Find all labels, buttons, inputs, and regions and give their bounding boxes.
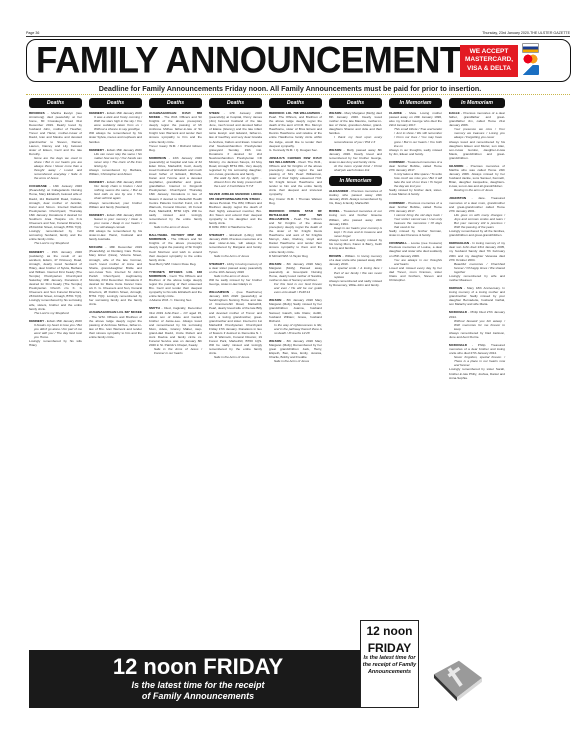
notice-entry: WILSON - Molly passed away 8th January 2… — [329, 148, 382, 172]
column-3: Deaths AUGHNAGURGAN R.B.P. 658 MCKEE - T… — [149, 98, 202, 359]
promo-headline-1: 12 noon — [361, 624, 418, 638]
column-7: In Memoriam CLARKE - Mela. Loving mother… — [389, 98, 442, 286]
notice-entry: KENNEDY - Edwin 15th January 2020It was … — [89, 111, 142, 144]
divider — [26, 94, 570, 95]
card-logos — [522, 43, 542, 76]
notice-entry: CLARKE - Mela. Loving mother passed away… — [389, 111, 442, 156]
notice-entry: JOHNSTON - Jane. Treasured memories of a… — [449, 196, 505, 237]
promo-headline: 12 noon FRIDAY — [29, 654, 367, 680]
deadline-promo-small: 12 noon FRIDAY Is the latest time for th… — [360, 620, 419, 708]
notice-entry: AUGHNAGURGAN R.B.P. 658 MCKEE - The W.M.… — [149, 111, 202, 152]
column-2: Deaths KENNEDY - Edwin 15th January 2020… — [89, 98, 142, 343]
notice-entry: SILVER JUBILEE MASONIC LODGE 655 NEWTOWN… — [209, 192, 262, 229]
notice-entry: WILLIAMSON - (nee Hawthorne) January 10t… — [209, 290, 262, 359]
notice-entry: COCHRANE - 13th January 2020 (Peacefully… — [29, 184, 82, 245]
payment-badge: WE ACCEPT MASTERCARD, VISA & DELTA — [460, 45, 518, 77]
notice-entry: CROMWELL - Louise (nee Cousens) Precious… — [389, 241, 442, 282]
page-title: FAMILY ANNOUNCEMENTS — [36, 42, 484, 79]
delta-card-icon — [522, 65, 539, 75]
mastercard-icon — [522, 54, 539, 64]
section-heading-deaths: Deaths — [329, 98, 382, 108]
notice-entry: MCDONALD - Philip. Treasured memories of… — [449, 343, 505, 380]
notice-entry: AUGHNAGURGAN LOL 687 MCKEE - The W.M. Of… — [89, 310, 142, 339]
notice-entry: TYRONE'S DITCHES LOL 168 MORRISON - Ceci… — [149, 270, 202, 303]
notice-entry: KENNEDY - 15th January 2020 (suddenly) a… — [29, 250, 82, 315]
notice-entry: KENNEDY - Edwin 15th January 2020It brea… — [29, 319, 82, 348]
deadline-notice: Deadline for Family Announcements Friday… — [0, 84, 580, 93]
promo-line-2: of Family Announcements — [29, 691, 367, 702]
column-8: In Memoriam EAGLE - Precious memories of… — [449, 98, 505, 384]
notice-entry: WILSON - 8th January 2020 Mary Margaret … — [269, 339, 322, 363]
notice-entry: KENNEDY - Edwin 15th January 2020Sweet i… — [89, 213, 142, 242]
notice-entry: JOSHUA'S CHOSEN FEW R.B.P. 691 WILLIAMSO… — [269, 156, 322, 205]
notice-entry: STEWART - Elizabeth (Libby) 10th January… — [209, 233, 262, 257]
section-heading-deaths: Deaths — [29, 98, 82, 108]
family-announcements-banner: FAMILY ANNOUNCEMENTS WE ACCEPT MASTERCAR… — [26, 39, 571, 82]
notice-entry: WILSON - 8th January 2020 Mary Margaret … — [269, 262, 322, 295]
notice-entry: REDROCK RISING STAR OF BETHLEHEM RBP 595… — [269, 209, 322, 258]
notice-entry: GILMORE - Precious memories of Martha wh… — [449, 164, 505, 193]
section-heading-in-memoriam: In Memoriam — [449, 98, 505, 108]
dateline: Thursday, 23rd January 2020-THE ULSTER G… — [482, 31, 570, 36]
column-1: Deaths BROOKES - Martha Evelyn (nee Arms… — [29, 98, 82, 351]
section-heading-deaths: Deaths — [149, 98, 202, 108]
deadline-promo-wide: 12 noon FRIDAY Is the latest time for th… — [29, 650, 367, 708]
notice-entry: MORRISON - 13th January 2020 (peacefully… — [149, 156, 202, 229]
notice-entry: MCCABE - 18th December 2019 (Peacefully)… — [89, 245, 142, 306]
promo-body: Is the latest time for the receipt of Fa… — [361, 655, 418, 676]
column-4: Deaths STEEN - 17th January 2020 (peacef… — [209, 98, 262, 363]
notice-entry: KERNAGHAN - In loving memory of my dear … — [449, 241, 505, 282]
notice-entry: BALLYSHIEL VICTORY RBP 432 MORRISON - Th… — [149, 233, 202, 266]
notice-entry: STEWART - Libby in loving memory of a de… — [209, 262, 262, 286]
notice-entry: ALEXANDER - Precious memories of Audrey … — [329, 189, 382, 205]
notice-entry: MCDONALD - Philip Died 27th January 2014… — [449, 310, 505, 339]
promo-headline-2: FRIDAY — [361, 641, 418, 655]
notice-entry: BROOKES - Martha Evelyn (nee Armstrong) … — [29, 111, 82, 180]
notice-entry: KENNEDY - Edwin 15th January 2020Our fam… — [89, 180, 142, 209]
bible-cross-icon — [428, 655, 486, 703]
page-number: Page 36 — [26, 31, 39, 36]
notice-entry: STEEN - 17th January 2020 (peacefully) a… — [209, 111, 262, 188]
column-5: Deaths REDROCK LOL 788 WILLIAMSON - Pear… — [269, 98, 322, 367]
notice-entry: BROWN - William. In loving memory of a d… — [329, 254, 382, 287]
notice-entry: BODEL - Treasured memories of our loving… — [329, 209, 382, 250]
notice-entry: EAGLE - Precious memories of a dear fath… — [449, 111, 505, 160]
section-heading-in-memoriam: In Memoriam — [329, 176, 382, 186]
notice-entry: WILSON - 8th January 2020 Mary Margaret … — [269, 298, 322, 335]
notice-entry: KERNAN - Mary 18th Anniversary. In lovin… — [449, 286, 505, 306]
notice-entry: REDROCK LOL 788 WILLIAMSON - Pearl. The … — [269, 111, 322, 152]
column-6: Deaths WILSON - Mary Margaret (Molly) di… — [329, 98, 382, 291]
notice-entry: KENNEDY - Edwin 15th January 2020Life ca… — [89, 148, 142, 177]
notice-entry: CORDNER - Precious memories of a dear br… — [389, 201, 442, 238]
page-header-strip: Page 36 Thursday, 23rd January 2020-THE … — [26, 31, 570, 37]
promo-line-1: Is the latest time for the receipt — [29, 680, 367, 691]
notice-entry: SMYTH - Died, tragically, December 31st … — [149, 306, 202, 355]
notice-entry: WILSON - Mary Margaret (Molly) died 8th … — [329, 111, 382, 144]
section-heading-deaths: Deaths — [269, 98, 322, 108]
section-heading-deaths: Deaths — [209, 98, 262, 108]
notice-entry: CORDNER - Treasured memories of a dear b… — [389, 160, 442, 197]
section-heading-deaths: Deaths — [89, 98, 142, 108]
visa-card-icon — [522, 43, 539, 53]
section-heading-in-memoriam: In Memoriam — [389, 98, 442, 108]
